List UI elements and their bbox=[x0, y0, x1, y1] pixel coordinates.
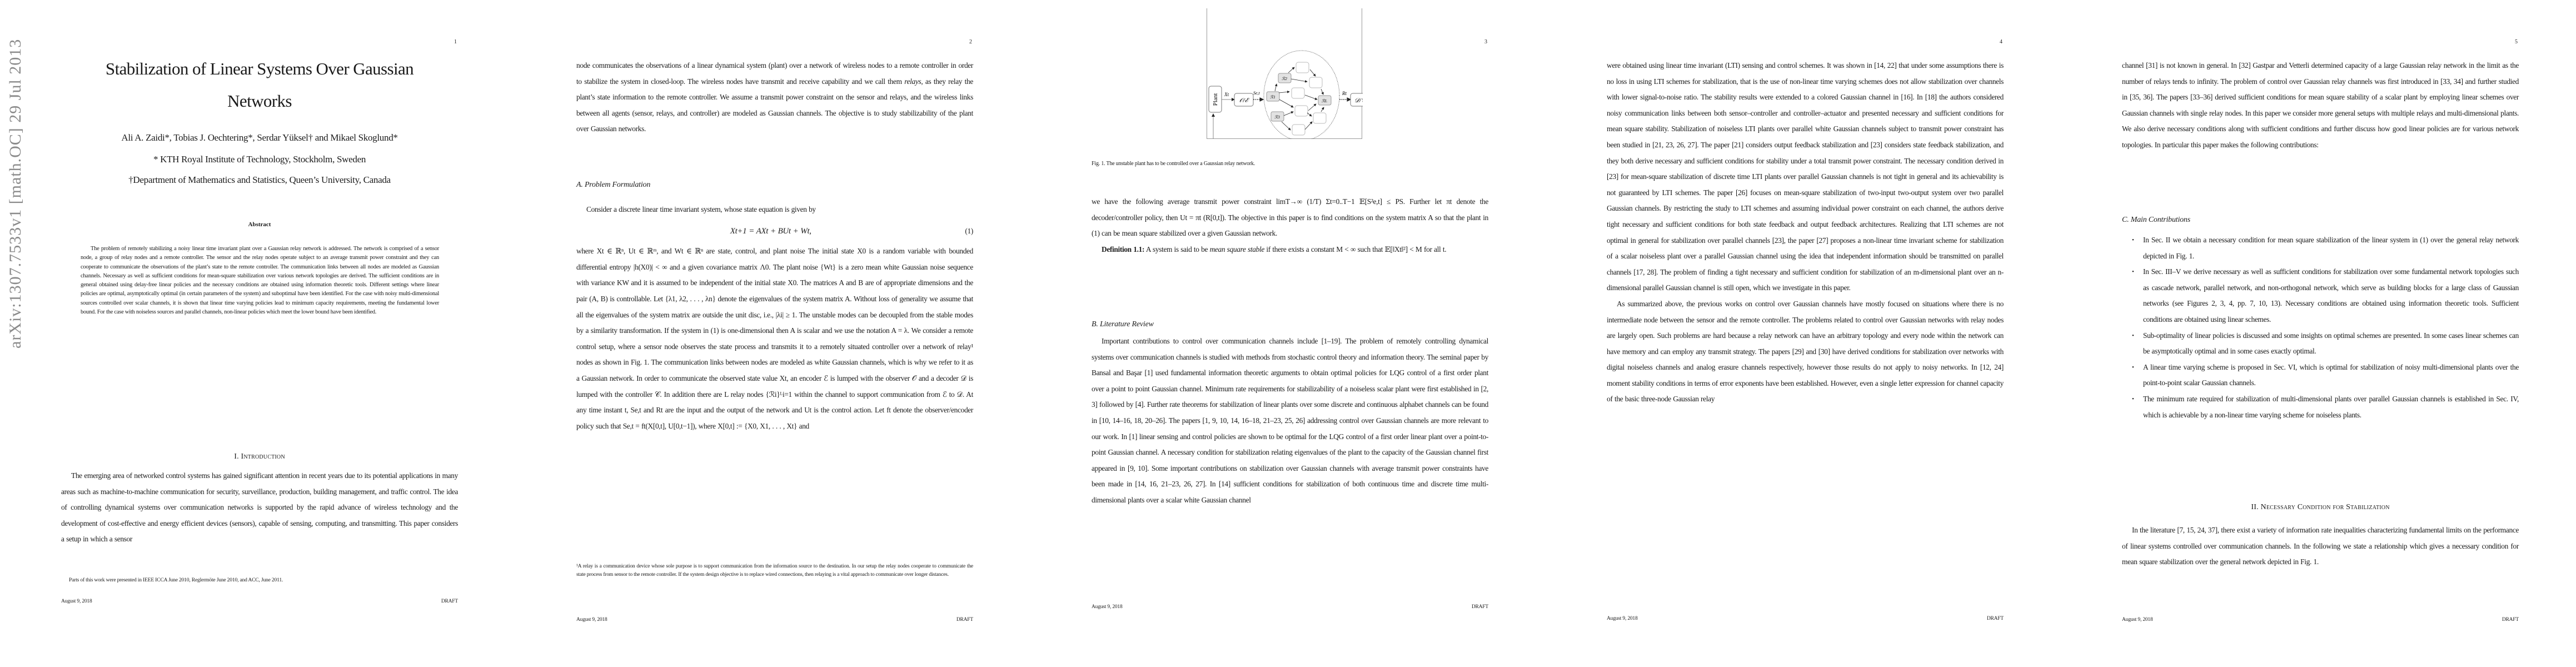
figure-1-relay-network: Plant Xt 𝒪/ℰ Se,t ℛ2 ℛ1 ℛ3 ℛL bbox=[1207, 8, 1362, 139]
equation-number: (1) bbox=[965, 223, 973, 240]
footnote: Parts of this work were presented in IEE… bbox=[61, 576, 458, 585]
page-2: 2 node communicates the observations of … bbox=[515, 0, 1030, 667]
relay-network-diagram: Plant Xt 𝒪/ℰ Se,t ℛ2 ℛ1 ℛ3 ℛL bbox=[1207, 8, 1363, 139]
figure-caption: Fig. 1. The unstable plant has to be con… bbox=[1092, 161, 1488, 167]
encoder-label: 𝒪/ℰ bbox=[1239, 97, 1250, 104]
paragraph: node communicates the observations of a … bbox=[576, 58, 973, 137]
contributions-list: In Sec. II we obtain a necessary conditi… bbox=[2122, 232, 2519, 423]
affiliation-kth: * KTH Royal Institute of Technology, Sto… bbox=[61, 154, 458, 165]
paragraph: In the literature [7, 15, 24, 37], there… bbox=[2122, 522, 2519, 570]
section-heading: I. Introduction bbox=[61, 452, 458, 461]
footnote: ¹A relay is a communication device whose… bbox=[576, 563, 973, 579]
equation: Xt+1 = AXt + BUt + Wt, bbox=[730, 223, 811, 240]
svg-text:ℛ2: ℛ2 bbox=[1282, 76, 1287, 81]
emphasis-relays: relays bbox=[904, 77, 921, 86]
section-number: I. bbox=[234, 452, 239, 461]
body-text: channel [31] is not known in general. In… bbox=[2122, 58, 2519, 153]
introduction-section: I. Introduction The emerging area of net… bbox=[61, 452, 458, 547]
page-1: arXiv:1307.7533v1 [math.OC] 29 Jul 2013 … bbox=[0, 0, 515, 667]
list-item: Sub-optimality of linear policies is dis… bbox=[2143, 328, 2519, 360]
se-t-label: Se,t bbox=[1253, 91, 1260, 96]
body-text: we have the following average transmit p… bbox=[1092, 194, 1488, 257]
page-5: 5 channel [31] is not known in general. … bbox=[2061, 0, 2576, 667]
svg-text:ℛL: ℛL bbox=[1322, 98, 1327, 103]
plant-label: Plant bbox=[1212, 93, 1219, 106]
footer-status: DRAFT bbox=[2502, 617, 2519, 623]
paragraph: were obtained using linear time invarian… bbox=[1607, 58, 2004, 296]
decoder-label: 𝒟/𝒞 bbox=[1354, 97, 1363, 104]
list-item: In Sec. II we obtain a necessary conditi… bbox=[2143, 232, 2519, 264]
body-text: Important contributions to control over … bbox=[1092, 333, 1488, 509]
page-number: 1 bbox=[454, 39, 457, 45]
page-footer: August 9, 2018 DRAFT bbox=[1607, 616, 2004, 621]
emphasis-term: mean square stable bbox=[1210, 245, 1264, 253]
page-3: 3 Plant Xt 𝒪/ℰ Se,t bbox=[1030, 0, 1546, 667]
definition-label: Definition 1.1: bbox=[1102, 245, 1144, 253]
main-contributions-section: C. Main Contributions bbox=[2122, 216, 2519, 225]
svg-text:ℛ1: ℛ1 bbox=[1270, 94, 1275, 99]
footer-status: DRAFT bbox=[441, 599, 458, 604]
body-text: Consider a discrete linear time invarian… bbox=[576, 202, 973, 434]
author-list: Ali A. Zaidi*, Tobias J. Oechtering*, Se… bbox=[61, 132, 458, 143]
abstract-text: The problem of remotely stabilizing a no… bbox=[81, 245, 439, 317]
svg-text:ℛ3: ℛ3 bbox=[1274, 115, 1280, 120]
arxiv-stamp[interactable]: arXiv:1307.7533v1 [math.OC] 29 Jul 2013 bbox=[6, 148, 25, 349]
equation-1: Xt+1 = AXt + BUt + Wt, (1) bbox=[576, 223, 973, 240]
section-number: II. bbox=[2251, 503, 2258, 511]
paragraph: Consider a discrete linear time invarian… bbox=[576, 202, 973, 218]
footer-date: August 9, 2018 bbox=[576, 617, 607, 623]
page-number: 3 bbox=[1484, 39, 1487, 45]
page-footer: August 9, 2018 DRAFT bbox=[576, 617, 973, 623]
title-line: Networks bbox=[61, 85, 458, 117]
page-footer: August 9, 2018 DRAFT bbox=[1092, 604, 1488, 610]
page-footer: August 9, 2018 DRAFT bbox=[61, 599, 458, 604]
paragraph: channel [31] is not known in general. In… bbox=[2122, 58, 2519, 153]
page-number: 5 bbox=[2515, 39, 2518, 45]
paragraph: The emerging area of networked control s… bbox=[61, 468, 458, 547]
page-footer: August 9, 2018 DRAFT bbox=[2122, 617, 2519, 623]
footer-status: DRAFT bbox=[956, 617, 973, 623]
abstract-heading: Abstract bbox=[61, 221, 458, 228]
rt-label: Rt bbox=[1342, 91, 1347, 96]
subsection-heading: C. Main Contributions bbox=[2122, 216, 2519, 225]
paragraph: where Xt ∈ ℝⁿ, Ut ∈ ℝᵐ, and Wt ∈ ℝⁿ are … bbox=[576, 243, 973, 434]
footer-date: August 9, 2018 bbox=[2122, 617, 2153, 623]
paragraph: Important contributions to control over … bbox=[1092, 333, 1488, 509]
body-text: The emerging area of networked control s… bbox=[61, 468, 458, 547]
footer-date: August 9, 2018 bbox=[1092, 604, 1123, 610]
footer-status: DRAFT bbox=[1472, 604, 1488, 610]
footer-date: August 9, 2018 bbox=[61, 599, 92, 604]
body-text: In the literature [7, 15, 24, 37], there… bbox=[2122, 522, 2519, 570]
xt-label: Xt bbox=[1224, 92, 1229, 97]
footer-status: DRAFT bbox=[1987, 616, 2004, 621]
contributions-list-wrap: In Sec. II we obtain a necessary conditi… bbox=[2122, 232, 2519, 423]
abstract-body: The problem of remotely stabilizing a no… bbox=[81, 245, 439, 317]
page-4: 4 were obtained using linear time invari… bbox=[1546, 0, 2061, 667]
subsection-heading: A. Problem Formulation bbox=[576, 181, 973, 190]
definition-1-1: Definition 1.1: A system is said to be m… bbox=[1092, 242, 1488, 258]
body-text: node communicates the observations of a … bbox=[576, 58, 973, 137]
problem-formulation-section: A. Problem Formulation bbox=[576, 181, 973, 190]
literature-review-section: B. Literature Review bbox=[1092, 320, 1488, 329]
affiliation-queens: †Department of Mathematics and Statistic… bbox=[61, 175, 458, 186]
section-2: II. Necessary Condition for Stabilizatio… bbox=[2122, 503, 2519, 512]
title-line: Stabilization of Linear Systems Over Gau… bbox=[61, 53, 458, 85]
page-number: 4 bbox=[2000, 39, 2002, 45]
paragraph: we have the following average transmit p… bbox=[1092, 194, 1488, 242]
paragraph: As summarized above, the previous works … bbox=[1607, 296, 2004, 407]
subsection-heading: B. Literature Review bbox=[1092, 320, 1488, 329]
section-heading: II. Necessary Condition for Stabilizatio… bbox=[2122, 503, 2519, 512]
section-title: Introduction bbox=[241, 452, 285, 461]
page-number: 2 bbox=[969, 39, 972, 45]
list-item: The minimum rate required for stabilizat… bbox=[2143, 391, 2519, 423]
paper-title: Stabilization of Linear Systems Over Gau… bbox=[61, 53, 458, 117]
section-title: Necessary Condition for Stabilization bbox=[2261, 503, 2390, 511]
body-text: were obtained using linear time invarian… bbox=[1607, 58, 2004, 407]
list-item: A linear time varying scheme is proposed… bbox=[2143, 360, 2519, 391]
list-item: In Sec. III–V we derive necessary as wel… bbox=[2143, 264, 2519, 327]
footer-date: August 9, 2018 bbox=[1607, 616, 1638, 621]
